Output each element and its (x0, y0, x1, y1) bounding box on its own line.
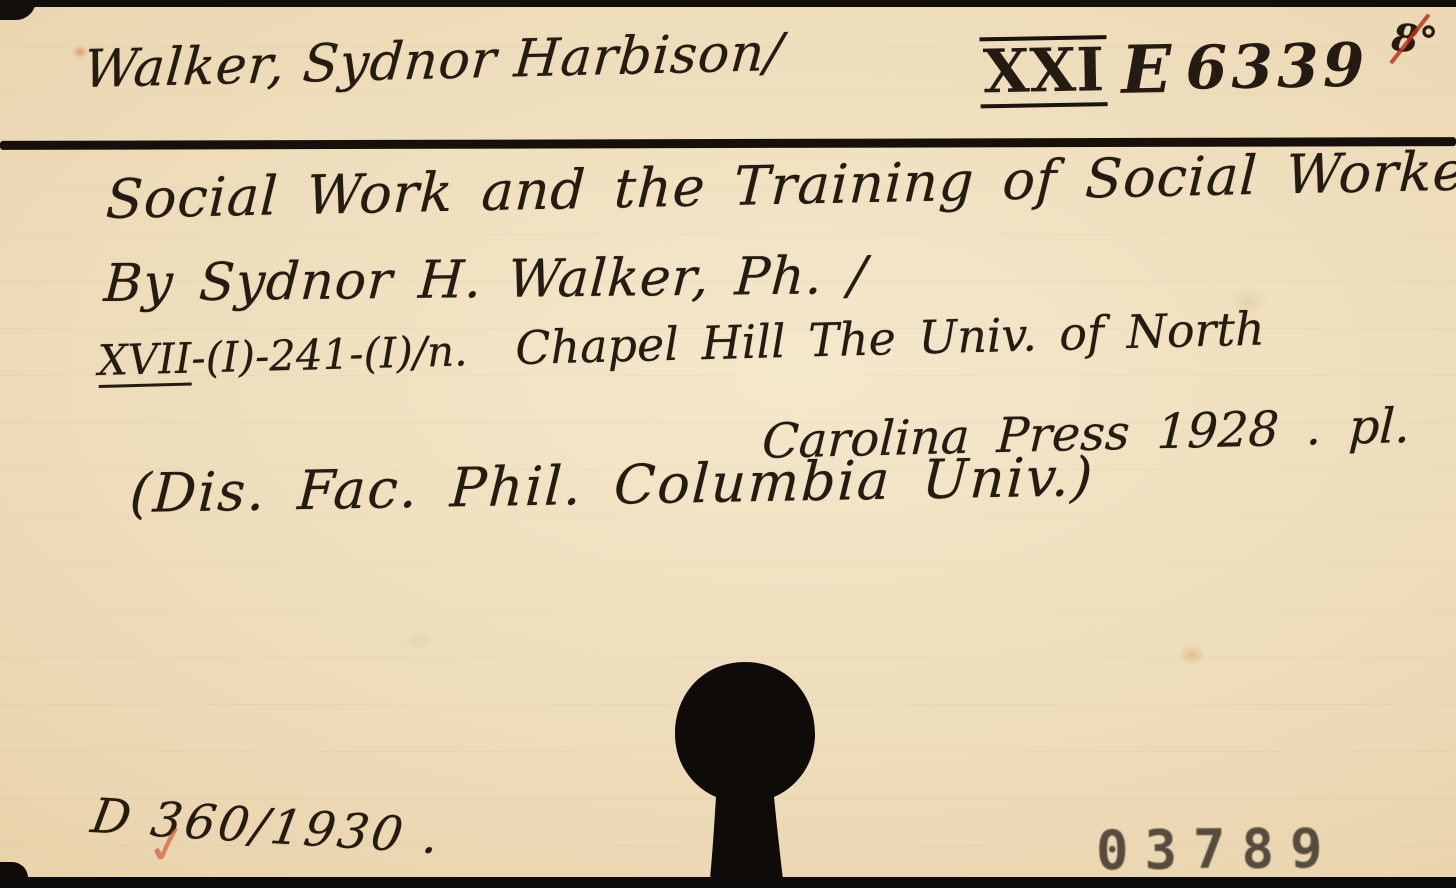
collation-roman: XVII (97, 334, 192, 388)
title-line: Social Work and the Training of Social W… (104, 138, 1456, 231)
collation-rest: -(I)-241-(I)/n. (191, 326, 468, 382)
hole-punch (645, 656, 845, 888)
call-number: XXI E 6339 (979, 27, 1369, 112)
scan-edge-top (0, 0, 1456, 7)
scan-corner-bottom-left (0, 862, 28, 888)
call-number-digits: 6339 (1185, 31, 1369, 104)
thesis-note: (Dis. Fac. Phil. Columbia Univ.) (128, 445, 1096, 525)
scan-corner-top-left (0, 0, 36, 20)
byline: By Sydnor H. Walker, Ph. / (102, 246, 869, 314)
format-mark-struck: 8° (1390, 14, 1440, 64)
imprint-line-1: Chapel Hill The Univ. of North (515, 301, 1266, 375)
catalog-card: Walker, Sydnor Harbison/ XXI E 6339 8° S… (0, 0, 1456, 888)
heading-author-name: Walker, Sydnor Harbison/ (82, 23, 786, 100)
scan-edge-bottom (0, 877, 1456, 888)
collation: XVII-(I)-241-(I)/n. (97, 326, 468, 385)
collation-imprint-line: XVII-(I)-241-(I)/n. Chapel Hill The Univ… (97, 301, 1265, 386)
call-number-class: XXI (979, 35, 1107, 108)
accession-number: D 360/1930 . (87, 788, 446, 865)
stamp-number: 03789 (1096, 817, 1339, 882)
call-number-letter: E (1120, 30, 1172, 109)
